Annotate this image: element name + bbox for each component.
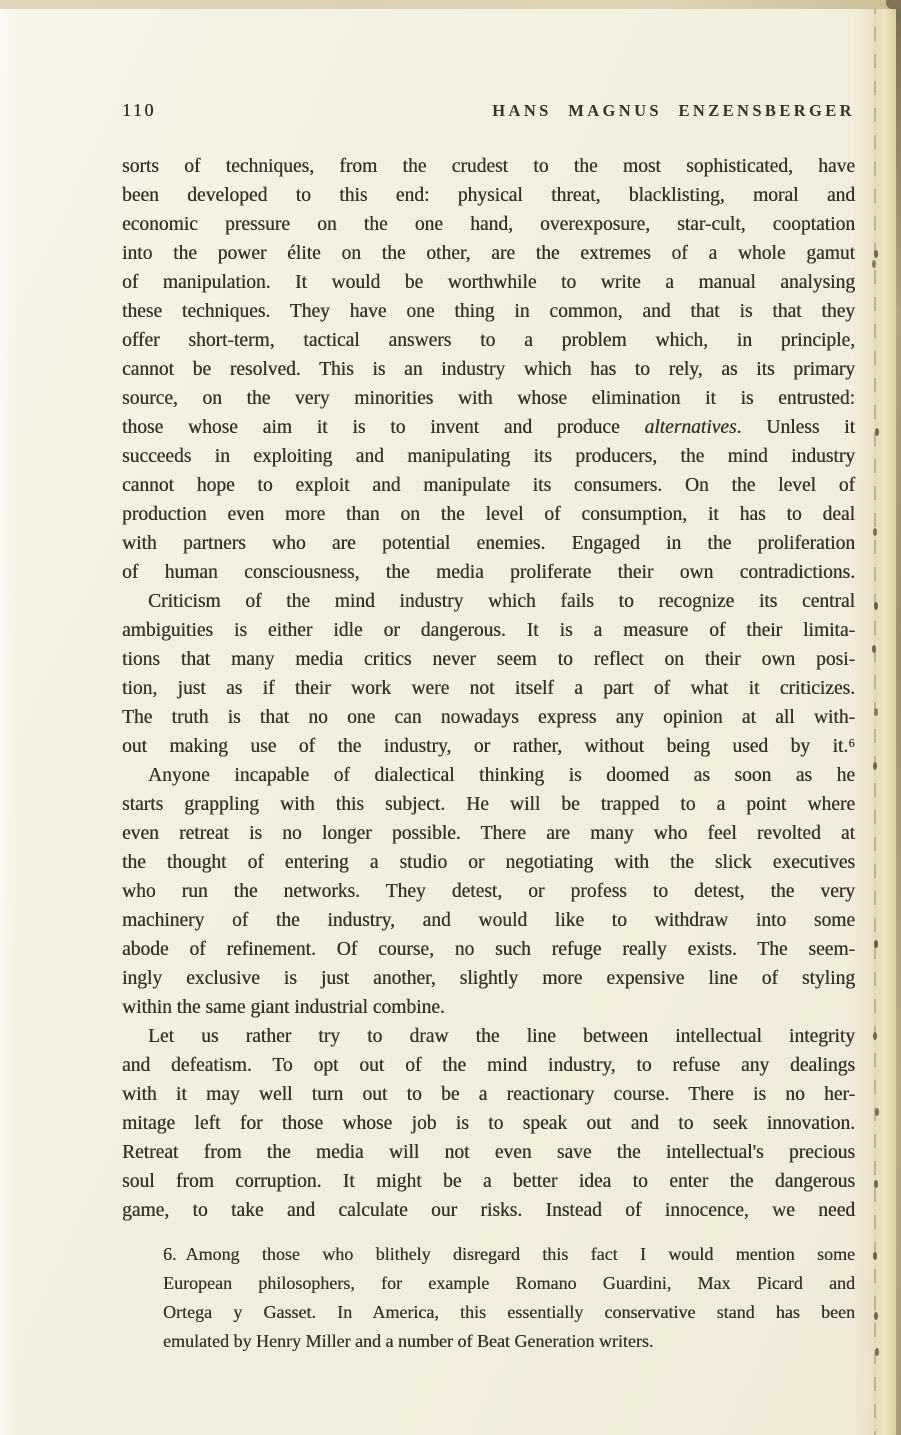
text-line: tion, just as if their work were not its… (122, 674, 855, 703)
text-line: sorts of techniques, from the crudest to… (122, 152, 855, 181)
text-line: Anyone incapable of dialectical thinking… (122, 761, 855, 790)
text-line: with it may well turn out to be a reacti… (122, 1080, 855, 1109)
text-line: mitage left for those whose job is to sp… (122, 1109, 855, 1138)
page-right-edge (851, 0, 901, 1435)
text-line: ingly exclusive is just another, slightl… (122, 964, 855, 993)
text-line: European philosophers, for example Roman… (163, 1269, 855, 1298)
text-line: and defeatism. To opt out of the mind in… (122, 1051, 855, 1080)
body-text: sorts of techniques, from the crudest to… (122, 152, 855, 1225)
text-line: Let us rather try to draw the line betwe… (122, 1022, 855, 1051)
text-line: of manipulation. It would be worthwhile … (122, 268, 855, 297)
page-edge-line (874, 0, 876, 1435)
text-line: Ortega y Gasset. In America, this essent… (163, 1298, 855, 1327)
running-head: HANS MAGNUS ENZENSBERGER (492, 101, 855, 121)
text-line: Retreat from the media will not even sav… (122, 1138, 855, 1167)
text-line: cannot hope to exploit and manipulate it… (122, 471, 855, 500)
text-line: within the same giant industrial combine… (122, 993, 855, 1022)
text-line: the thought of entering a studio or nego… (122, 848, 855, 877)
text-line: with partners who are potential enemies.… (122, 529, 855, 558)
text-line: starts grappling with this subject. He w… (122, 790, 855, 819)
page-top-edge (0, 0, 901, 9)
page-header: 110 HANS MAGNUS ENZENSBERGER (122, 100, 855, 121)
text-line: emulated by Henry Miller and a number of… (163, 1327, 855, 1356)
book-page: 110 HANS MAGNUS ENZENSBERGER sorts of te… (0, 0, 901, 1435)
text-line: of human consciousness, the media prolif… (122, 558, 855, 587)
text-line: those whose aim it is to invent and prod… (122, 413, 855, 442)
text-line: succeeds in exploiting and manipulating … (122, 442, 855, 471)
text-line: game, to take and calculate our risks. I… (122, 1196, 855, 1225)
text-line: even retreat is no longer possible. Ther… (122, 819, 855, 848)
text-line: into the power élite on the other, are t… (122, 239, 855, 268)
text-line: machinery of the industry, and would lik… (122, 906, 855, 935)
text-line: production even more than on the level o… (122, 500, 855, 529)
text-line: soul from corruption. It might be a bett… (122, 1167, 855, 1196)
text-line: who run the networks. They detest, or pr… (122, 877, 855, 906)
page-number: 110 (122, 100, 156, 121)
text-line: tions that many media critics never seem… (122, 645, 855, 674)
page-right-shadow (896, 0, 901, 1435)
text-line: ambiguities is either idle or dangerous.… (122, 616, 855, 645)
text-line: economic pressure on the one hand, overe… (122, 210, 855, 239)
page-left-highlight (0, 0, 18, 1435)
text-line: out making use of the industry, or rathe… (122, 732, 855, 761)
footnote: 6. Among those who blithely disregard th… (163, 1240, 855, 1356)
text-line: been developed to this end: physical thr… (122, 181, 855, 210)
page-corner-shadow (886, 0, 901, 9)
text-line: cannot be resolved. This is an industry … (122, 355, 855, 384)
text-line: source, on the very minorities with whos… (122, 384, 855, 413)
text-line: these techniques. They have one thing in… (122, 297, 855, 326)
text-line: 6. Among those who blithely disregard th… (163, 1240, 855, 1269)
text-line: The truth is that no one can nowadays ex… (122, 703, 855, 732)
text-line: abode of refinement. Of course, no such … (122, 935, 855, 964)
text-line: Criticism of the mind industry which fai… (122, 587, 855, 616)
text-line: offer short-term, tactical answers to a … (122, 326, 855, 355)
